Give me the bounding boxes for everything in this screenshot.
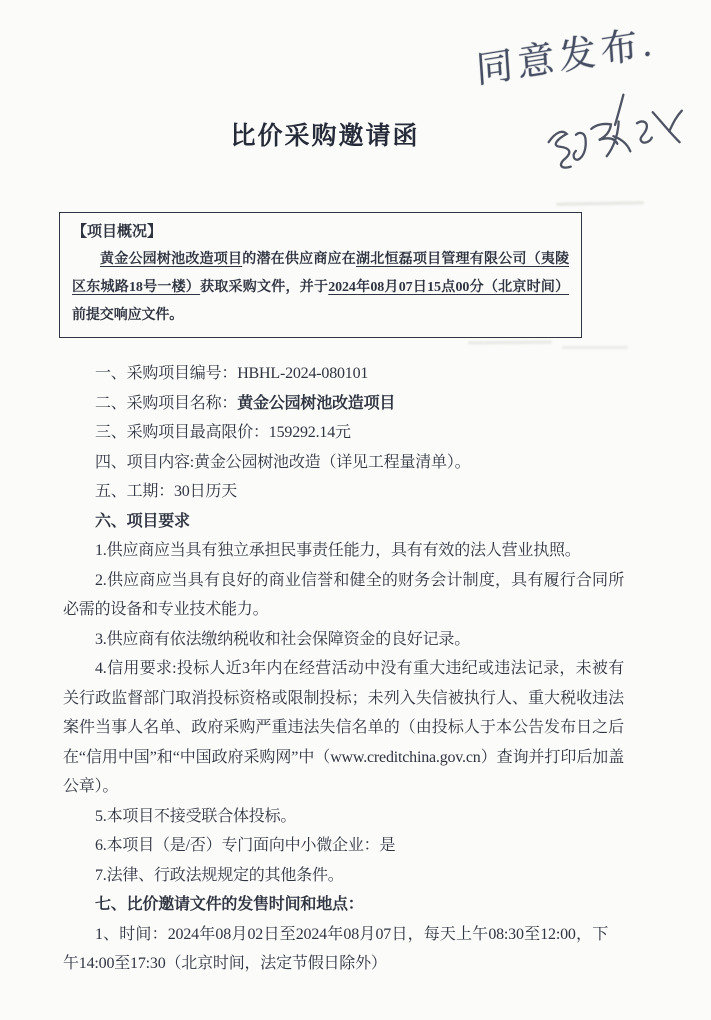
item-project-name-label: 二、采购项目名称： <box>95 395 237 412</box>
handwriting-annotation: 同意发布. <box>468 28 708 178</box>
document-title: 比价采购邀请函 <box>0 116 650 152</box>
heading-project-requirements: 六、项目要求 <box>63 507 624 537</box>
overview-text: 获取采购文件，并于 <box>200 280 328 295</box>
handwriting-approval-text: 同意发布. <box>474 11 658 94</box>
requirement-6: 6.本项目（是/否）专门面向中小微企业：是 <box>63 831 624 861</box>
document-page: 同意发布. 比价采购邀请函 【项目概况】 黄金公园树池改造项目的潜在供应商应在湖… <box>0 0 711 1020</box>
requirement-3: 3.供应商有依法缴纳税收和社会保障资金的良好记录。 <box>63 625 624 655</box>
scan-artifact <box>562 346 628 349</box>
item-project-name-value: 黄金公园树池改造项目 <box>237 395 395 412</box>
requirement-5: 5.本项目不接受联合体投标。 <box>63 802 624 832</box>
overview-text: 的潜在供应商应在 <box>242 252 356 267</box>
item-project-number: 一、采购项目编号：HBHL-2024-080101 <box>63 359 624 389</box>
sale-time-detail: 1、时间：2024年08月02日至2024年08月07日，每天上午08:30至1… <box>63 920 608 979</box>
item-project-name: 二、采购项目名称：黄金公园树池改造项目 <box>63 389 624 419</box>
item-max-price: 三、采购项目最高限价：159292.14元 <box>63 418 624 448</box>
overview-paragraph: 黄金公园树池改造项目的潜在供应商应在湖北恒磊项目管理有限公司（夷陵区东城路18号… <box>72 246 569 330</box>
deadline-underlined: 2024年08月07日15点00分（北京时间） <box>328 280 569 295</box>
item-project-content: 四、项目内容:黄金公园树池改造（详见工程量清单）。 <box>63 448 624 478</box>
requirement-2: 2.供应商应当具有良好的商业信誉和健全的财务会计制度，具有履行合同所必需的设备和… <box>63 566 624 625</box>
project-name-underlined: 黄金公园树池改造项目 <box>100 252 242 267</box>
scan-artifact <box>468 341 552 344</box>
project-overview-box: 【项目概况】 黄金公园树池改造项目的潜在供应商应在湖北恒磊项目管理有限公司（夷陵… <box>59 212 582 338</box>
overview-heading: 【项目概况】 <box>72 218 569 246</box>
overview-text: 前提交响应文件。 <box>72 308 183 323</box>
heading-sale-time-location: 七、比价邀请文件的发售时间和地点： <box>63 890 624 920</box>
requirement-4-credit: 4.信用要求:投标人近3年内在经营活动中没有重大违纪或违法记录，未被有关行政监督… <box>63 654 624 802</box>
requirement-7: 7.法律、行政法规规定的其他条件。 <box>63 861 624 891</box>
item-duration: 五、工期：30日历天 <box>63 477 624 507</box>
scan-artifact <box>556 201 644 206</box>
requirement-1: 1.供应商应当具有独立承担民事责任能力，具有有效的法人营业执照。 <box>63 536 624 566</box>
document-body: 一、采购项目编号：HBHL-2024-080101 二、采购项目名称：黄金公园树… <box>63 359 624 979</box>
